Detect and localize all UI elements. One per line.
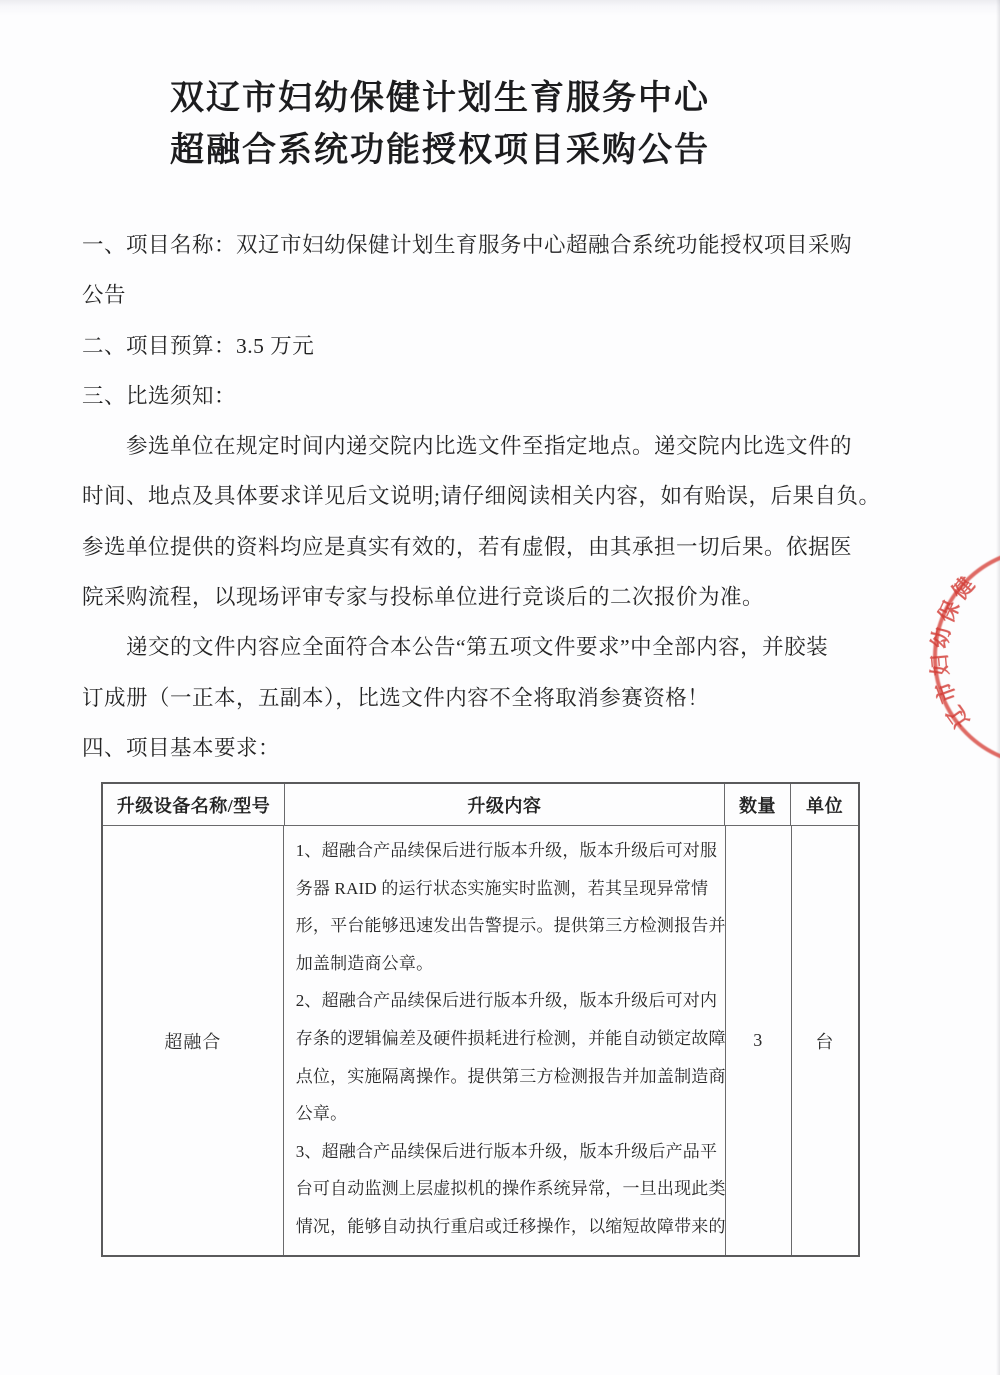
stamp-character: 健 [947,572,981,606]
content-line: 台可自动监测上层虚拟机的操作系统异常，一旦出现此类 [296,1170,713,1208]
body-line: 三、比选须知： [82,371,882,421]
scan-edge-shadow [996,0,1000,1375]
content-line: 公章。 [296,1095,713,1133]
body-line: 参选单位提供的资料均应是真实有效的，若有虚假，由其承担一切后果。依据医 [82,522,882,572]
requirements-table: 升级设备名称/型号 升级内容 数量 单位 超融合 1、超融合产品续保后进行版本升… [101,782,860,1257]
title-line-1: 双辽市妇幼保健计划生育服务中心 [60,72,820,124]
header-upgrade-content: 升级内容 [285,784,725,825]
content-line: 情况，能够自动执行重启或迁移操作，以缩短故障带来的 [296,1208,713,1246]
body-line: 递交的文件内容应全面符合本公告“第五项文件要求”中全部内容，并胶装 [82,622,882,672]
body-line: 订成册（一正本，五副本），比选文件内容不全将取消参赛资格！ [82,673,882,723]
cell-upgrade-content: 1、超融合产品续保后进行版本升级，版本升级后可对服 务器 RAID 的运行状态实… [284,826,726,1255]
cell-device-name: 超融合 [103,826,284,1255]
stamp-character: 市 [932,677,963,708]
header-unit: 单位 [791,784,858,825]
body-line: 时间、地点及具体要求详见后文说明;请仔细阅读相关内容，如有贻误，后果自负。 [82,471,882,521]
content-line: 2、超融合产品续保后进行版本升级，版本升级后可对内 [296,982,713,1020]
scanned-document-page: 双辽市妇幼保健计划生育服务中心 超融合系统功能授权项目采购公告 一、项目名称：双… [0,0,1000,1375]
content-line: 存条的逻辑偏差及硬件损耗进行检测，并能自动锁定故障 [296,1020,713,1058]
cell-quantity: 3 [726,826,792,1255]
content-line: 点位，实施隔离操作。提供第三方检测报告并加盖制造商 [296,1058,713,1096]
table-header-row: 升级设备名称/型号 升级内容 数量 单位 [103,784,858,826]
content-line: 加盖制造商公章。 [296,945,713,983]
content-line: 3、超融合产品续保后进行版本升级，版本升级后产品平 [296,1133,713,1171]
body-line: 院采购流程，以现场评审专家与投标单位进行竞谈后的二次报价为准。 [82,572,882,622]
document-body: 一、项目名称：双辽市妇幼保健计划生育服务中心超融合系统功能授权项目采购 公告 二… [82,220,882,773]
body-line: 二、项目预算：3.5 万元 [82,321,882,371]
stamp-character: 辽 [942,699,975,732]
content-line: 形，平台能够迅速发出告警提示。提供第三方检测报告并 [296,907,713,945]
cell-unit: 台 [792,826,858,1255]
stamp-character: 保 [934,596,966,628]
stamp-character: 幼 [928,624,956,652]
document-title: 双辽市妇幼保健计划生育服务中心 超融合系统功能授权项目采购公告 [60,72,820,176]
stamp-circle-icon [933,547,1000,767]
body-line: 公告 [82,270,882,320]
title-line-2: 超融合系统功能授权项目采购公告 [60,124,820,176]
header-device-name: 升级设备名称/型号 [103,784,285,825]
content-line: 务器 RAID 的运行状态实施实时监测，若其呈现异常情 [296,870,713,908]
stamp-character: 妇 [928,652,954,678]
body-line: 四、项目基本要求： [82,723,882,773]
content-line: 1、超融合产品续保后进行版本升级，版本升级后可对服 [296,832,713,870]
table-body-row: 超融合 1、超融合产品续保后进行版本升级，版本升级后可对服 务器 RAID 的运… [103,826,858,1255]
body-line: 参选单位在规定时间内递交院内比选文件至指定地点。递交院内比选文件的 [82,421,882,471]
body-line: 一、项目名称：双辽市妇幼保健计划生育服务中心超融合系统功能授权项目采购 [82,220,882,270]
header-quantity: 数量 [725,784,792,825]
